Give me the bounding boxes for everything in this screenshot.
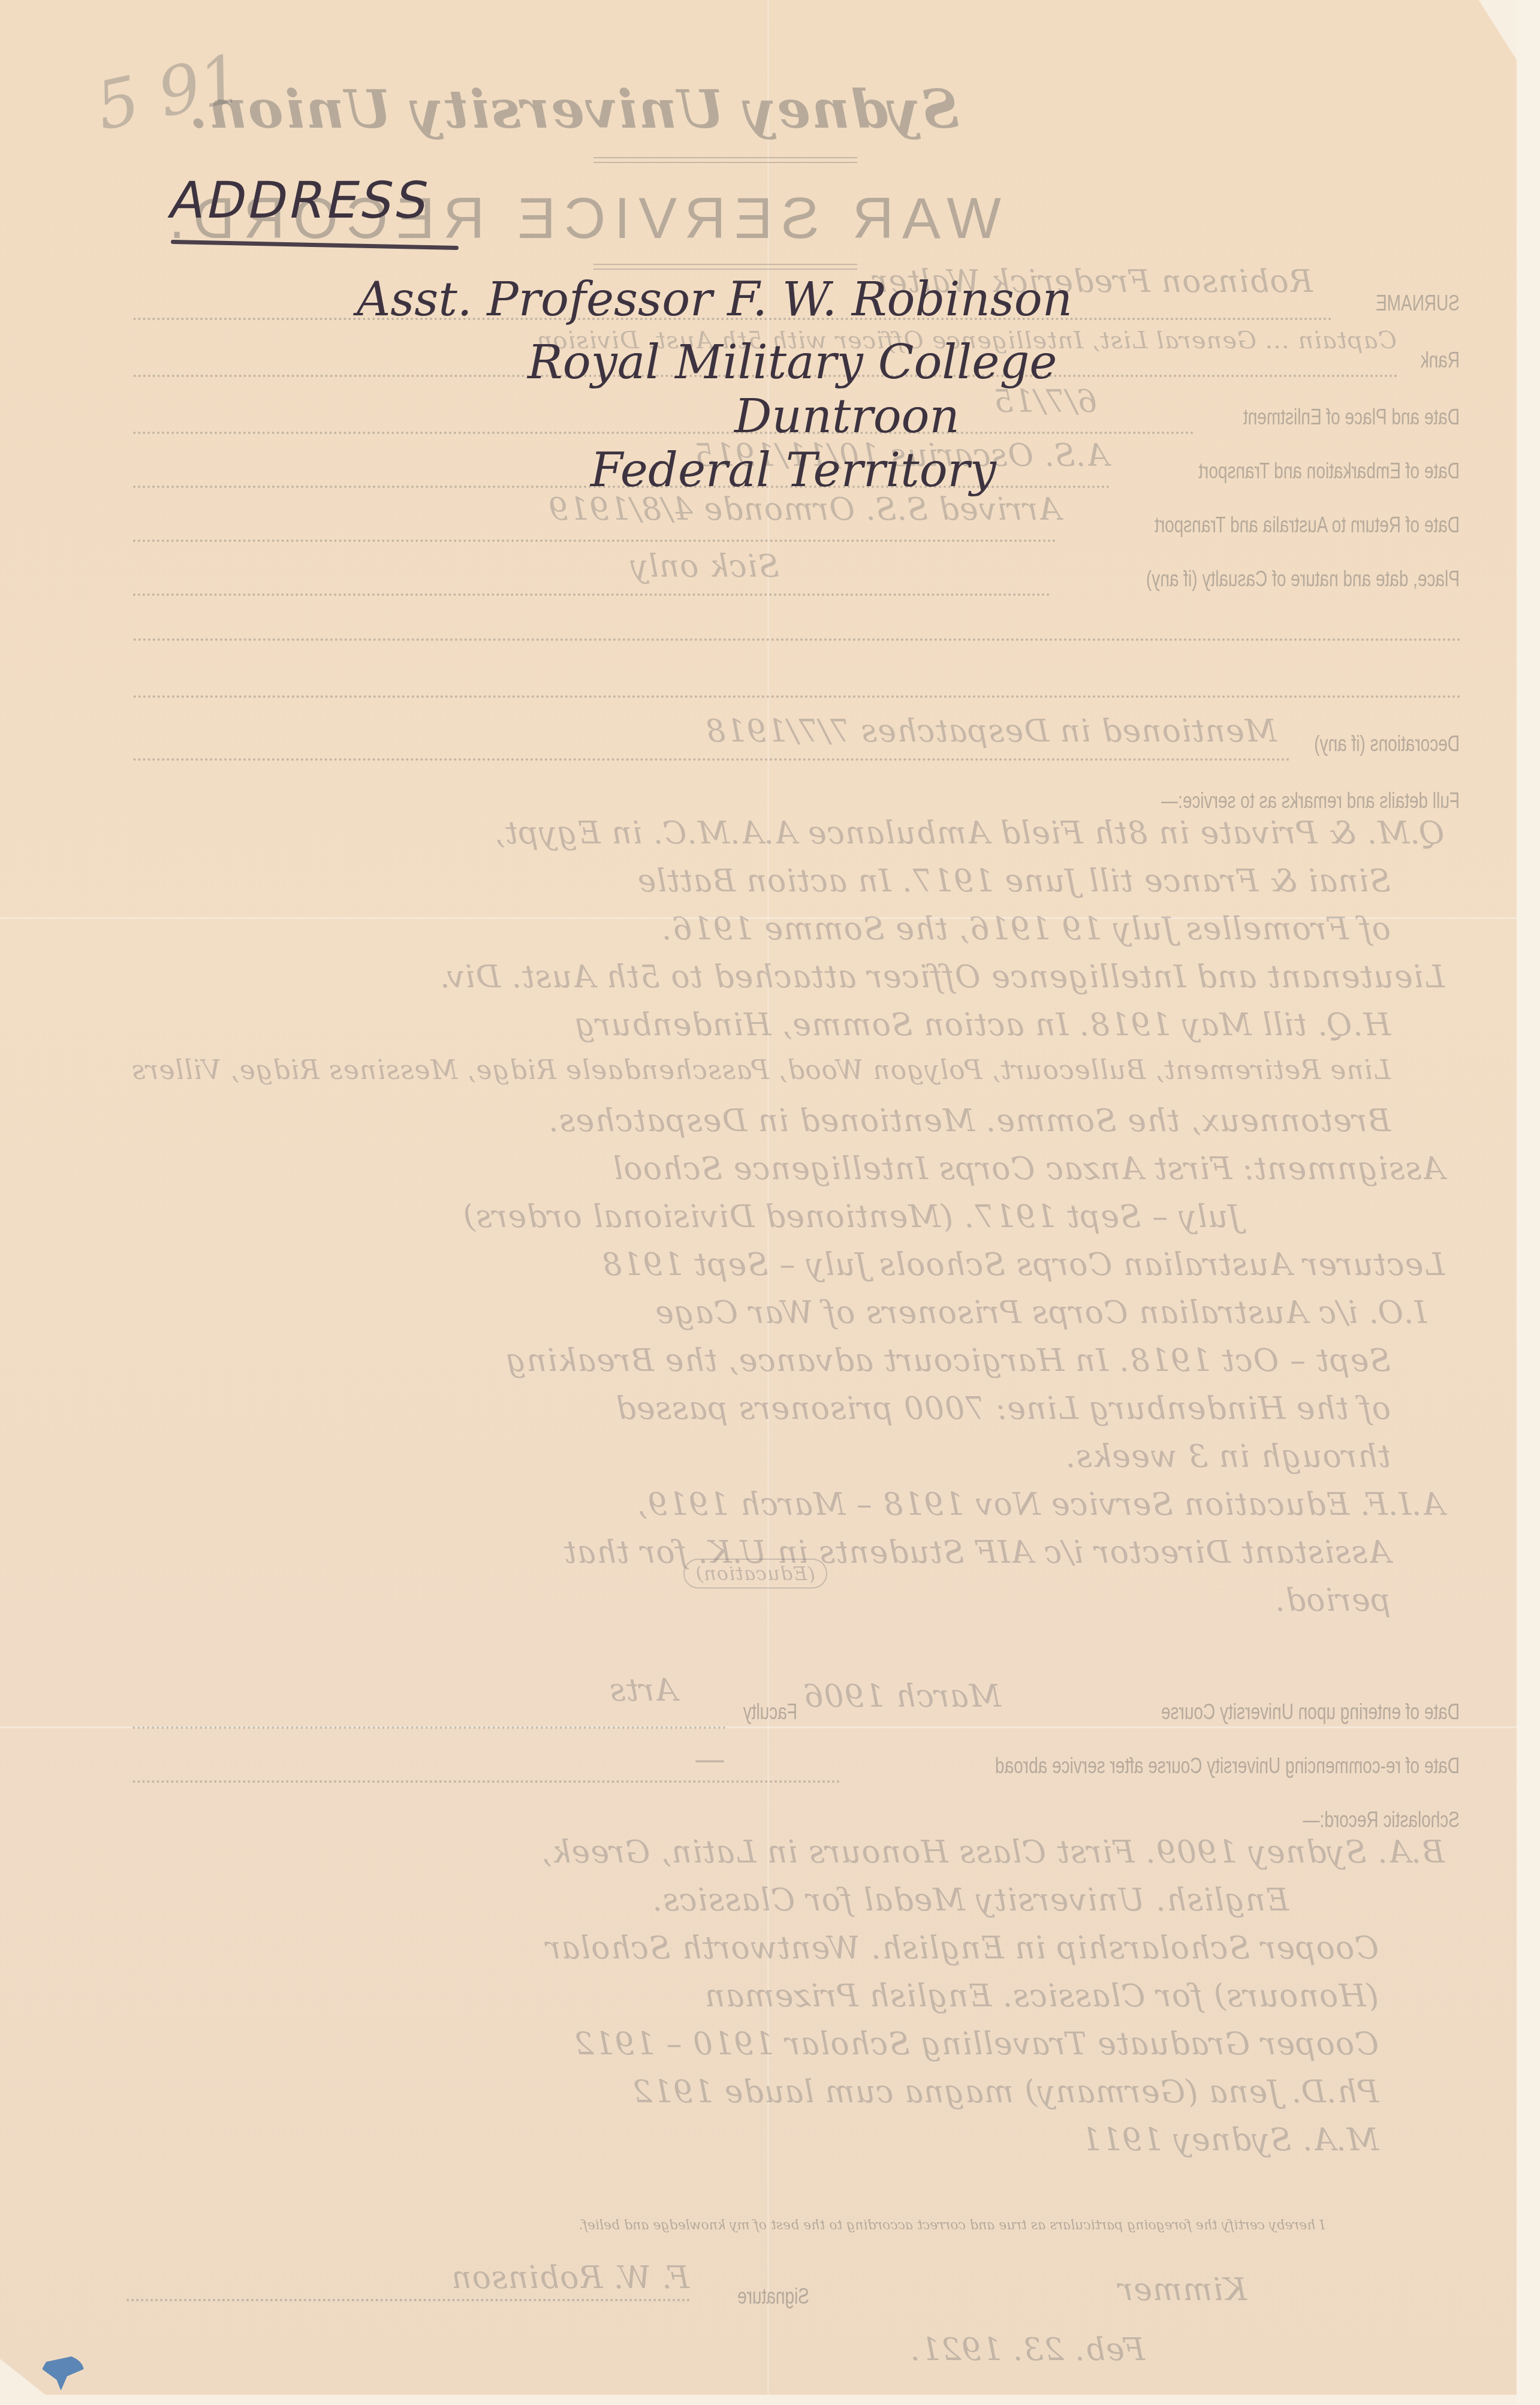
field-label-decorations: Decorations (if any) xyxy=(1314,731,1460,757)
field-line xyxy=(132,638,1460,641)
scholastic-line: Cooper Scholarship in English. Wentworth… xyxy=(546,1930,1379,1966)
field-value-decorations: Mentioned in Despatches 7/7/1918 xyxy=(705,713,1277,749)
field-line xyxy=(132,1780,839,1783)
entering-course-value: March 1906 xyxy=(803,1678,1001,1714)
field-line xyxy=(132,1726,725,1729)
field-line xyxy=(132,695,1460,698)
scan-margin xyxy=(1516,0,1540,2405)
faculty-label: Faculty xyxy=(743,1699,797,1725)
scholastic-line: Ph.D. Jena (Germany) magna cum laude 191… xyxy=(632,2074,1379,2110)
field-line xyxy=(132,432,1193,434)
field-label-casualty: Place, date and nature of Casualty (if a… xyxy=(1146,566,1460,592)
scholastic-line: Cooper Graduate Travelling Scholar 1910 … xyxy=(574,2026,1379,2062)
field-label-return: Date of Return to Australia and Transpor… xyxy=(1155,512,1460,538)
address-line-territory: Federal Territory xyxy=(590,444,996,498)
field-line xyxy=(132,593,1049,596)
scholastic-line: B.A. Sydney 1909. First Class Honours in… xyxy=(541,1834,1445,1870)
remarks-line: Bretonneux, the Somme. Mentioned in Desp… xyxy=(548,1103,1391,1139)
title-rule xyxy=(593,157,857,158)
signed-date: Feb. 23. 1921. xyxy=(910,2332,1145,2368)
remarks-line: A.I.F. Education Service Nov 1918 – Marc… xyxy=(637,1487,1445,1523)
remarks-line: Line Retirement, Bullecourt, Polygon Woo… xyxy=(131,1055,1391,1086)
subtitle-rule xyxy=(593,264,857,265)
recommencing-course-label: Date of re-commencing University Course … xyxy=(995,1753,1460,1779)
remarks-line: Assignment: First Anzac Corps Intelligen… xyxy=(613,1151,1445,1187)
form-title: Sydney University Union. xyxy=(188,78,959,140)
field-line xyxy=(132,540,1055,542)
address-line-institution: Royal Military College xyxy=(528,336,1057,390)
remarks-line: period. xyxy=(1274,1583,1391,1619)
address-line-name: Asst. Professor F. W. Robinson xyxy=(357,273,1072,327)
field-label-rank: Rank xyxy=(1421,347,1460,373)
remarks-line: I.O. i/c Australian Corps Prisoners of W… xyxy=(655,1295,1427,1331)
faculty-value: Arts xyxy=(609,1672,677,1708)
signature-value: F. W. Robinson xyxy=(451,2260,689,2296)
field-line xyxy=(132,758,1289,761)
remarks-line: Sept – Oct 1918. In Hargicourt advance, … xyxy=(505,1343,1391,1379)
title-rule xyxy=(593,162,857,163)
field-label-enlistment: Date and Place of Enlistment xyxy=(1243,404,1460,430)
field-label-embarkation: Date of Embarkation and Transport xyxy=(1198,458,1460,484)
remarks-line: Lecturer Australian Corps Schools July –… xyxy=(601,1247,1445,1283)
remarks-line: of the Hindenburg Line: 7000 prisoners p… xyxy=(616,1391,1391,1427)
witness-signature: Kimmer xyxy=(1117,2272,1247,2308)
remarks-line: H.Q. till May 1918. In action Somme, Hin… xyxy=(574,1007,1391,1043)
remarks-line: July – Sept 1917. (Mentioned Divisional … xyxy=(463,1199,1241,1235)
remarks-line: of Fromelles July 19 1916, the Somme 191… xyxy=(661,911,1391,947)
certification-text: I hereby certify the foregoing particula… xyxy=(579,2218,1325,2233)
remarks-stamp: (Education) xyxy=(683,1559,827,1589)
signature-label: Signature xyxy=(737,2283,809,2309)
scholastic-label: Scholastic Record:— xyxy=(1303,1807,1460,1833)
field-value-casualty: Sick only xyxy=(630,548,779,584)
scholastic-line: M.A. Sydney 1911 xyxy=(1081,2122,1379,2158)
field-label-surname: SURNAME xyxy=(1376,290,1460,316)
remarks-line: Lieutenant and Intelligence Officer atta… xyxy=(439,959,1445,995)
signature-line xyxy=(126,2299,689,2301)
entering-course-label: Date of entering upon University Course xyxy=(1161,1699,1460,1725)
address-heading: ADDRESS xyxy=(165,171,437,230)
remarks-line: through in 3 weeks. xyxy=(1065,1439,1391,1475)
scholastic-line: English. University Medal for Classics. xyxy=(652,1882,1289,1918)
scholastic-line: (Honours) for Classics. English Prizeman xyxy=(704,1978,1379,2014)
remarks-label: Full details and remarks as to service:— xyxy=(1161,788,1460,813)
subtitle-rule xyxy=(593,269,857,270)
recommencing-course-value: — xyxy=(694,1741,725,1777)
address-line-locality: Duntroon xyxy=(734,390,960,444)
remarks-line: Sinai & France till June 1917. In action… xyxy=(637,863,1391,899)
remarks-line: Q.M. & Private in 8th Field Ambulance A.… xyxy=(495,815,1445,851)
